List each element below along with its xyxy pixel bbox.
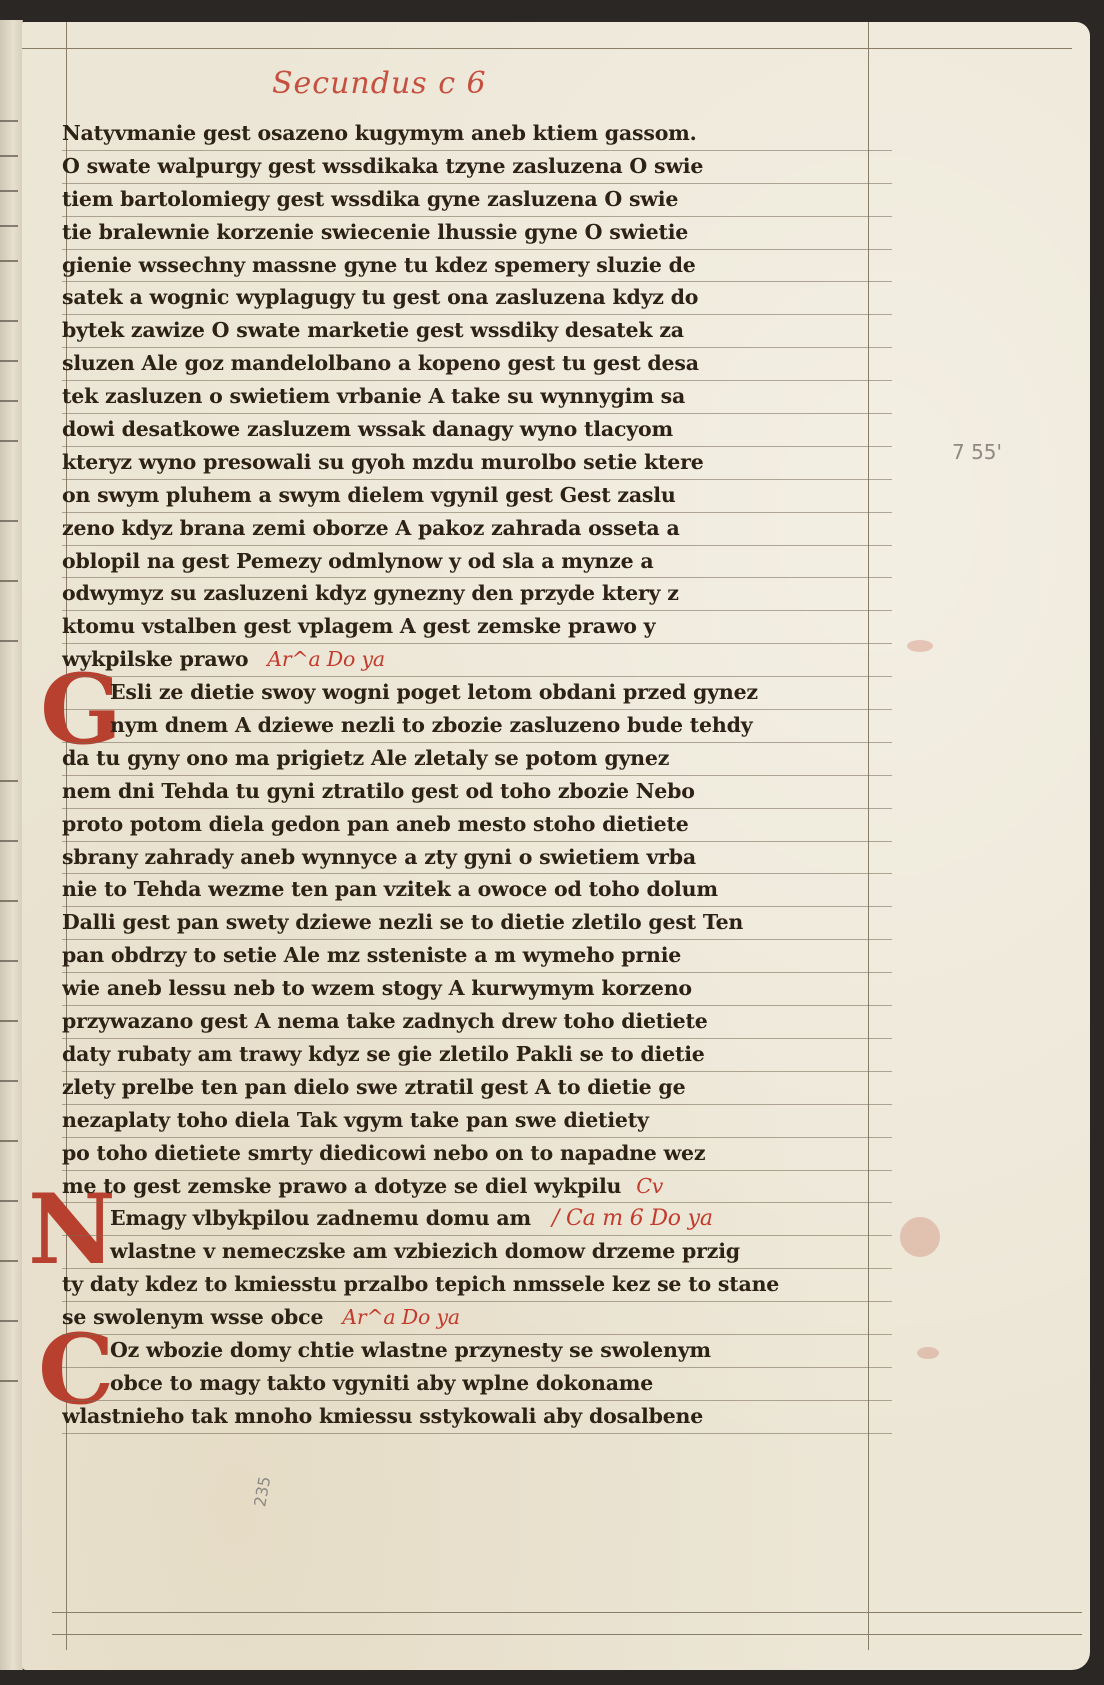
text-line: oblopil na gest Pemezy odmlynow y od sla…: [62, 546, 892, 579]
pencil-note-bottom: 235: [250, 1475, 274, 1508]
text-line: satek a wognic wyplagugy tu gest ona zas…: [62, 282, 892, 315]
text-line: pan obdrzy to setie Ale mz ssteniste a m…: [62, 940, 892, 973]
running-head: Secundus c 6: [272, 66, 487, 101]
text-line: wlastnieho tak mnoho kmiessu sstykowali …: [62, 1401, 892, 1434]
text-line: Esli ze dietie swoy wogni poget letom ob…: [62, 677, 892, 710]
text-line: zlety prelbe ten pan dielo swe ztratil g…: [62, 1072, 892, 1105]
text-line: sluzen Ale goz mandelolbano a kopeno ges…: [62, 348, 892, 381]
text-line-content: Emagy vlbykpilou zadnemu domu am: [110, 1206, 531, 1230]
text-line: Natyvmanie gest osazeno kugymym aneb kti…: [62, 118, 892, 151]
text-line: nezaplaty toho diela Tak vgym take pan s…: [62, 1105, 892, 1138]
text-line: ktomu vstalben gest vplagem A gest zemsk…: [62, 611, 892, 644]
adjacent-page-edge: [0, 20, 23, 1670]
stain: [900, 1217, 940, 1257]
text-line: O swate walpurgy gest wssdikaka tzyne za…: [62, 151, 892, 184]
text-line: gienie wssechny massne gyne tu kdez spem…: [62, 250, 892, 283]
text-line: Emagy vlbykpilou zadnemu domu am / Ca m …: [62, 1203, 892, 1236]
rubric-note: Ar^a Do ya: [342, 1305, 460, 1329]
text-line-content: se swolenym wsse obce: [62, 1305, 323, 1329]
text-line: nie to Tehda wezme ten pan vzitek a owoc…: [62, 874, 892, 907]
text-line: on swym pluhem a swym dielem vgynil gest…: [62, 480, 892, 513]
text-line-content: me to gest zemske prawo a dotyze se diel…: [62, 1174, 621, 1198]
text-line: sbrany zahrady aneb wynnyce a zty gyni o…: [62, 842, 892, 875]
text-line: bytek zawize O swate marketie gest wssdi…: [62, 315, 892, 348]
rubric-note: Ar^a Do ya: [267, 647, 385, 671]
pencil-note-right: 7 55': [952, 440, 1002, 464]
text-line: nym dnem A dziewe nezli to zbozie zasluz…: [62, 710, 892, 743]
ruling-bottom-2: [52, 1634, 1082, 1635]
text-line: proto potom diela gedon pan aneb mesto s…: [62, 809, 892, 842]
text-line: kteryz wyno presowali su gyoh mzdu murol…: [62, 447, 892, 480]
text-line: po toho dietiete smrty diedicowi nebo on…: [62, 1138, 892, 1171]
text-line: se swolenym wsse obce Ar^a Do ya: [62, 1302, 892, 1335]
text-line: tek zasluzen o swietiem vrbanie A take s…: [62, 381, 892, 414]
text-line: dowi desatkowe zasluzem wssak danagy wyn…: [62, 414, 892, 447]
stain: [917, 1347, 939, 1359]
text-line: tie bralewnie korzenie swiecenie lhussie…: [62, 217, 892, 250]
rubric-note: Cv: [636, 1174, 663, 1198]
text-line: nem dni Tehda tu gyni ztratilo gest od t…: [62, 776, 892, 809]
manuscript-page: Secundus c 6 7 55' 235 G N C Natyvmanie …: [22, 22, 1090, 1670]
text-line: obce to magy takto vgyniti aby wplne dok…: [62, 1368, 892, 1401]
text-line: tiem bartolomiegy gest wssdika gyne zasl…: [62, 184, 892, 217]
text-line: daty rubaty am trawy kdyz se gie zletilo…: [62, 1039, 892, 1072]
rubric-cross-reference: / Ca m 6 Do ya: [552, 1206, 713, 1231]
stain: [907, 640, 933, 652]
text-line: wie aneb lessu neb to wzem stogy A kurwy…: [62, 973, 892, 1006]
text-line: wykpilske prawo Ar^a Do ya: [62, 644, 892, 677]
text-line: ty daty kdez to kmiesstu przalbo tepich …: [62, 1269, 892, 1302]
text-line: Oz wbozie domy chtie wlastne przynesty s…: [62, 1335, 892, 1368]
text-line: przywazano gest A nema take zadnych drew…: [62, 1006, 892, 1039]
text-line: me to gest zemske prawo a dotyze se diel…: [62, 1171, 892, 1204]
text-line: Dalli gest pan swety dziewe nezli se to …: [62, 907, 892, 940]
ruling-top: [22, 48, 1072, 49]
text-line: odwymyz su zasluzeni kdyz gynezny den pr…: [62, 578, 892, 611]
text-line: da tu gyny ono ma prigietz Ale zletaly s…: [62, 743, 892, 776]
text-line: wlastne v nemeczske am vzbiezich domow d…: [62, 1236, 892, 1269]
text-line: zeno kdyz brana zemi oborze A pakoz zahr…: [62, 513, 892, 546]
ruling-bottom: [52, 1612, 1082, 1613]
text-block: Natyvmanie gest osazeno kugymym aneb kti…: [62, 118, 892, 1434]
text-line-content: wykpilske prawo: [62, 647, 248, 671]
